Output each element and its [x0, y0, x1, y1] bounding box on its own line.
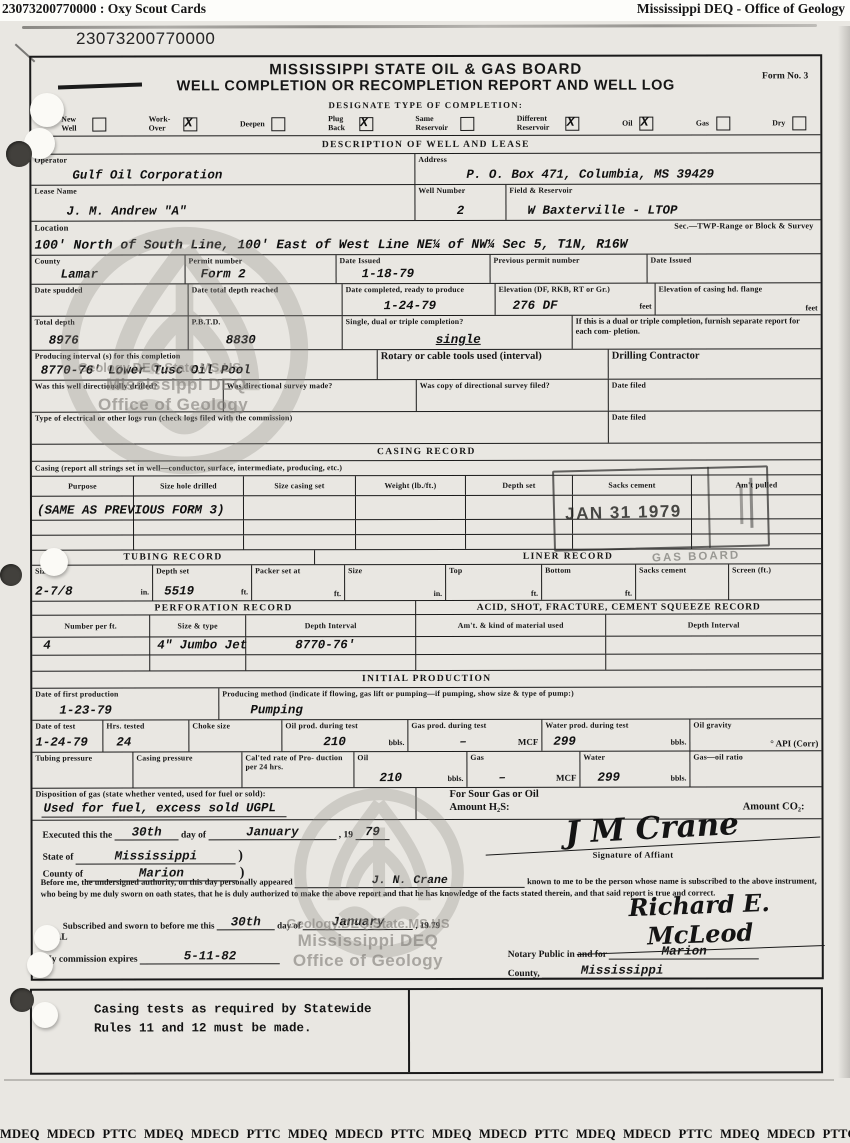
- survey-filed-field: Was copy of directional survey filed?: [417, 380, 609, 411]
- well-number-label: Well Number: [418, 186, 502, 195]
- checkbox-box: X: [566, 117, 580, 131]
- checkbox-dry: Dry: [772, 116, 806, 130]
- form-title-block: MISSISSIPPI STATE OIL & GAS BOARD WELL C…: [31, 56, 820, 100]
- previous-date-issued-label: Date Issued: [651, 255, 818, 265]
- tubing-size-unit: in.: [141, 587, 149, 596]
- well-number-field: Well Number 2: [415, 185, 506, 220]
- operator-field: Operator Gulf Oil Corporation: [31, 154, 415, 185]
- logs-run-field: Type of electrical or other logs run (ch…: [32, 412, 609, 444]
- elevation-value: 276 DF: [513, 300, 558, 313]
- executed-prefix: Executed this the: [43, 831, 113, 841]
- day-of-label: day of: [181, 831, 206, 841]
- producing-interval-row: Producing interval (s) for this completi…: [32, 349, 821, 380]
- perf-acid-heading-row: PERFORATION RECORD ACID, SHOT, FRACTURE,…: [32, 600, 821, 615]
- board-title: MISSISSIPPI STATE OIL & GAS BOARD: [31, 60, 820, 78]
- date-completed-label: Date completed, ready to produce: [346, 285, 492, 295]
- casing-note-text: Casing (report all strings set in well—c…: [35, 462, 818, 473]
- checkbox-label: Gas: [696, 119, 709, 128]
- liner-top-unit: ft.: [531, 589, 538, 598]
- survey-filed-label: Was copy of directional survey filed?: [420, 381, 605, 391]
- oil-gravity-field: Oil gravity ° API (Corr): [690, 719, 821, 750]
- checkbox-box: [792, 116, 806, 130]
- checkbox-box: X: [184, 117, 198, 131]
- oil-test-field: Oil prod. during test 210bbls.: [282, 720, 408, 751]
- rotary-tools-label: Rotary or cable tools used (interval): [381, 351, 605, 363]
- api-number: 23073200770000: [76, 29, 215, 49]
- producing-interval-value: 8770-76' Lower Tusc Oil Pool: [41, 364, 374, 378]
- subscribed-day: 30th: [217, 916, 275, 930]
- date-issued-value: 1-18-79: [362, 268, 487, 281]
- commission-date: 5-11-82: [140, 950, 280, 964]
- checkbox-label: Deepen: [240, 120, 265, 129]
- elevation-flange-unit: feet: [806, 303, 818, 312]
- check-mark: X: [360, 115, 368, 130]
- permit-number-value: Form 2: [201, 268, 333, 281]
- pbtd-field: P.B.T.D. 8830: [189, 316, 343, 349]
- address-label: Address: [418, 154, 817, 164]
- tubing-depth-set-unit: ft.: [241, 587, 248, 596]
- oil-test-label: Oil prod. during test: [285, 721, 404, 731]
- disposition-field: Disposition of gas (state whether vented…: [32, 788, 416, 820]
- water-test-label: Water prod. during test: [545, 721, 686, 731]
- previous-date-issued-field: Date Issued: [648, 254, 821, 282]
- casing-data-row-2: [32, 519, 821, 535]
- tubing-liner-fields-row: Size 2-7/8in. Depth set 5519ft. Packer s…: [32, 564, 821, 601]
- checkbox-label: Same Reservoir: [415, 115, 453, 132]
- executed-month: January: [208, 826, 336, 840]
- subscribed-line: Subscribed and sworn to before me this 3…: [63, 916, 440, 931]
- notary-for-label: Notary Public in and for: [508, 950, 607, 960]
- date-completed-value: 1-24-79: [384, 300, 492, 313]
- producing-interval-field: Producing interval (s) for this completi…: [32, 350, 378, 380]
- depth-row: Total depth 8976 P.B.T.D. 8830 Single, d…: [32, 315, 821, 350]
- directionally-drilled-field: Was this well directionally drilled?: [32, 380, 224, 411]
- year-prefix: , 19: [339, 830, 353, 840]
- appeared-name: J. N. Crane: [295, 875, 525, 888]
- dates-elevation-row: Date spudded Date total depth reached Da…: [32, 283, 821, 316]
- executed-line: Executed this the 30th day of January , …: [43, 826, 390, 841]
- casing-data-row-1: (SAME AS PREVIOUS FORM 3): [32, 495, 821, 520]
- hrs-tested-value: 24: [116, 736, 185, 749]
- date-first-production-field: Date of first production 1-23-79: [32, 688, 219, 719]
- logs-run-row: Type of electrical or other logs run (ch…: [32, 411, 821, 444]
- packer-set-label: Packer set at: [255, 566, 341, 575]
- hrs-tested-field: Hrs. tested 24: [103, 720, 189, 751]
- address-value: P. O. Box 471, Columbia, MS 39429: [466, 168, 817, 182]
- card-right-shadow: [838, 26, 850, 1078]
- producing-method-field: Producing method (indicate if flowing, g…: [219, 687, 821, 719]
- rate-24-field: Cal'ted rate of Pro- duction per 24 hrs.: [242, 752, 354, 787]
- casing-pressure-label: Casing pressure: [136, 753, 238, 763]
- elevation-unit: feet: [639, 301, 651, 310]
- oil-gravity-unit: ° API (Corr): [770, 738, 818, 748]
- oil-test-value: 210: [323, 736, 346, 749]
- previous-permit-label: Previous permit number: [494, 256, 644, 266]
- checkbox-different-reservoir: Different Reservoir X: [517, 115, 580, 132]
- checkbox-label: Different Reservoir: [517, 115, 559, 132]
- checkbox-plug-back: Plug Back X: [328, 116, 373, 133]
- casing-col-size-hole: Size hole drilled: [137, 481, 240, 491]
- survey-made-label: Was directional survey made?: [227, 381, 413, 391]
- paren: ): [238, 848, 243, 863]
- operator-label: Operator: [34, 155, 411, 165]
- water-24-field: Water 299bbls.: [580, 752, 690, 787]
- liner-screen-field: Screen (ft.): [729, 564, 821, 599]
- hole-punch: [30, 93, 64, 127]
- signature-of-affiant-label: Signature of Affiant: [593, 850, 674, 860]
- oil-gravity-label: Oil gravity: [693, 720, 818, 730]
- commission-label: My commission expires: [43, 955, 138, 965]
- first-production-row: Date of first production 1-23-79 Produci…: [32, 687, 821, 720]
- test-row: Date of test 1-24-79 Hrs. tested 24 Chok…: [32, 719, 821, 752]
- remarks-left-cell: Casing tests as required by Statewide Ru…: [32, 990, 410, 1073]
- survey-made-field: Was directional survey made?: [224, 380, 417, 411]
- oil-24-value: 210: [379, 772, 402, 785]
- checkbox-box: [272, 117, 286, 131]
- location-value: 100' North of South Line, 100' East of W…: [35, 238, 818, 253]
- form-number: Form No. 3: [762, 71, 808, 81]
- subscribed-month: January: [303, 916, 413, 930]
- hole-punch: [32, 1002, 58, 1028]
- casing-col-weight: Weight (lb./ft.): [359, 481, 462, 491]
- operator-value: Gulf Oil Corporation: [72, 169, 411, 183]
- completion-question-value: single: [436, 334, 569, 347]
- tubing-depth-set-field: Depth set 5519ft.: [153, 565, 252, 600]
- perf-blank-row: [32, 654, 821, 671]
- elevation-field: Elevation (DF, RKB, RT or Gr.) 276 DF fe…: [496, 284, 656, 315]
- casing-row1-value: (SAME AS PREVIOUS FORM 3): [37, 504, 130, 517]
- date-total-depth-field: Date total depth reached: [189, 284, 343, 315]
- liner-screen-label: Screen (ft.): [732, 565, 818, 574]
- date-filed-survey-field: Date filed: [609, 379, 821, 410]
- year-prefix: , 19: [415, 920, 429, 930]
- pbtd-label: P.B.T.D.: [192, 317, 339, 327]
- date-filed-label: Date filed: [612, 412, 818, 422]
- elevation-flange-field: Elevation of casing hd. flange feet: [656, 283, 821, 314]
- total-depth-field: Total depth 8976: [32, 316, 189, 349]
- drilling-contractor-label: Drilling Contractor: [612, 350, 818, 362]
- completion-question-field: Single, dual or triple completion? singl…: [343, 316, 573, 349]
- directional-row: Was this well directionally drilled? Was…: [32, 379, 821, 412]
- checkbox-label: Work- Over: [149, 116, 177, 133]
- viewer-header: 23073200770000 : Oxy Scout Cards Mississ…: [0, 0, 850, 21]
- completion-question-label: Single, dual or triple completion?: [346, 317, 569, 327]
- permit-number-label: Permit number: [189, 256, 333, 266]
- notary-county-label: County,: [508, 969, 540, 979]
- perf-col-depth-interval: Depth Interval: [249, 621, 412, 631]
- casing-col-depth-set: Depth set: [469, 481, 569, 491]
- perf-depth-value: 8770-76': [295, 639, 412, 652]
- elevation-flange-label: Elevation of casing hd. flange: [659, 284, 818, 294]
- date-issued-field: Date Issued 1-18-79: [337, 255, 491, 283]
- tubing-size2-label: Size: [348, 566, 442, 576]
- form-title: WELL COMPLETION OR RECOMPLETION REPORT A…: [31, 77, 820, 94]
- liner-sacks-label: Sacks cement: [639, 565, 725, 574]
- oil-24-label: Oil: [357, 753, 463, 763]
- card-bottom-edge: [4, 1079, 834, 1081]
- checkbox-same-reservoir: Same Reservoir: [415, 115, 474, 132]
- gas-test-unit: MCF: [518, 737, 539, 747]
- checkbox-label: New Well: [61, 116, 85, 133]
- day-of-label: day of: [277, 920, 301, 930]
- producing-method-value: Pumping: [250, 703, 818, 717]
- disposition-label: Disposition of gas (state whether vented…: [35, 789, 412, 800]
- date-filed-label: Date filed: [612, 380, 818, 390]
- perf-col-number: Number per ft.: [35, 621, 146, 631]
- checkbox-new-well: New Well: [61, 116, 106, 133]
- casing-col-purpose: Purpose: [35, 481, 130, 491]
- packer-set-field: Packer set at ft.: [252, 565, 345, 600]
- hole-punch: [27, 952, 53, 978]
- checkbox-gas: Gas: [696, 116, 730, 130]
- check-mark: X: [567, 115, 575, 130]
- scanned-document-page: 23073200770000 : Oxy Scout Cards Mississ…: [0, 0, 850, 1143]
- checkbox-deepen: Deepen: [240, 117, 286, 131]
- perforation-record-heading: PERFORATION RECORD: [32, 601, 416, 615]
- date-of-test-field: Date of test 1-24-79: [32, 721, 103, 752]
- water-test-value: 299: [553, 736, 576, 749]
- gas-test-field: Gas prod. during test –MCF: [408, 720, 542, 751]
- subscribed-prefix: Subscribed and sworn to before me this: [63, 920, 215, 930]
- logs-run-label: Type of electrical or other logs run (ch…: [35, 413, 605, 423]
- date-issued-label: Date Issued: [340, 256, 487, 266]
- perf-number-value: 4: [43, 639, 146, 652]
- total-depth-value: 8976: [49, 334, 185, 347]
- checkbox-label: Plug Back: [328, 116, 352, 133]
- checkbox-box: [92, 118, 106, 132]
- notary-intro: Before me, the undersigned authority, on…: [41, 878, 293, 887]
- commission-line: My commission expires 5-11-82: [43, 950, 280, 965]
- liner-bottom-unit: ft.: [625, 589, 632, 598]
- remarks-box: Casing tests as required by Statewide Ru…: [30, 987, 823, 1074]
- gas-24-value: –: [498, 772, 506, 785]
- well-number-value: 2: [418, 205, 502, 218]
- gas-24-label: Gas: [470, 753, 576, 763]
- tubing-depth-set-label: Depth set: [156, 566, 248, 576]
- location-field: Location Sec.—TWP-Range or Block & Surve…: [31, 220, 820, 254]
- initial-production-heading: INITIAL PRODUCTION: [32, 670, 821, 688]
- state-line: State of Mississippi ): [43, 848, 243, 864]
- viewer-header-left: 23073200770000 : Oxy Scout Cards: [2, 1, 206, 21]
- perf-col-size-type: Size & type: [153, 621, 242, 630]
- oil-24-unit: bbls.: [448, 774, 464, 783]
- checkbox-label: Dry: [772, 119, 785, 128]
- date-total-depth-label: Date total depth reached: [192, 285, 339, 295]
- choke-size-field: Choke size: [189, 720, 282, 751]
- tubing-record-heading: TUBING RECORD: [32, 550, 315, 564]
- drilling-contractor-field: Drilling Contractor: [609, 349, 821, 378]
- checkbox-label: Oil: [622, 119, 632, 128]
- casing-note: Casing (report all strings set in well—c…: [32, 460, 821, 475]
- liner-top-field: Top ft.: [446, 565, 542, 600]
- date-spudded-label: Date spudded: [35, 285, 185, 295]
- county-field: County Lamar: [32, 255, 186, 283]
- viewer-header-right: Mississippi DEQ - Office of Geology: [637, 1, 845, 21]
- date-first-production-label: Date of first production: [35, 689, 215, 699]
- checkbox-box: X: [359, 117, 373, 131]
- completion-type-row: New Well Work- Over X Deepen Plug Back X…: [31, 112, 820, 136]
- tubing-pressure-label: Tubing pressure: [35, 754, 129, 764]
- checkbox-box: [460, 117, 474, 131]
- producing-method-label: Producing method (indicate if flowing, g…: [222, 688, 818, 698]
- date-spudded-field: Date spudded: [32, 284, 189, 315]
- notary-state-line: County, Mississippi: [508, 965, 702, 979]
- date-of-test-label: Date of test: [35, 722, 99, 731]
- hole-punch: [40, 548, 68, 576]
- county-label: County: [35, 256, 182, 266]
- sour-gas-title: For Sour Gas or Oil: [449, 788, 818, 801]
- dual-note-text: If this is a dual or triple completion, …: [576, 316, 818, 337]
- sec-twp-range-label: Sec.—TWP-Range or Block & Survey: [674, 221, 813, 232]
- hole-punch: [34, 925, 60, 951]
- pbtd-value: 8830: [226, 334, 339, 347]
- elevation-label: Elevation (DF, RKB, RT or Gr.): [499, 285, 652, 295]
- notary-county-value: Marion: [609, 945, 759, 959]
- operator-address-row: Operator Gulf Oil Corporation Address P.…: [31, 153, 820, 185]
- casing-record-heading: CASING RECORD: [32, 443, 821, 461]
- state-value: Mississippi: [76, 850, 236, 864]
- date-of-test-value: 1-24-79: [35, 736, 99, 749]
- date-filed-logs-field: Date filed: [609, 411, 821, 442]
- notary-state-value: Mississippi: [542, 965, 702, 979]
- tubing-size-value: 2-7/8: [35, 585, 73, 598]
- perf-data-row: 4 4" Jumbo Jet 8770-76': [32, 636, 821, 655]
- hole-punch-dark: [6, 141, 32, 167]
- lease-name-field: Lease Name J. M. Andrew "A": [31, 185, 415, 221]
- perf-acid-header-row: Number per ft. Size & type Depth Interva…: [32, 614, 821, 637]
- field-reservoir-value: W Baxterville - LTOP: [527, 204, 817, 218]
- producing-interval-label: Producing interval (s) for this completi…: [35, 351, 374, 361]
- gas-oil-ratio-label: Gas—oil ratio: [693, 752, 818, 762]
- checkbox-box: [716, 116, 730, 130]
- rate-row: Tubing pressure Casing pressure Cal'ted …: [32, 751, 821, 788]
- directionally-drilled-label: Was this well directionally drilled?: [35, 381, 220, 391]
- casing-col-size-casing: Size casing set: [247, 481, 352, 491]
- county-permit-row: County Lamar Permit number Form 2 Date I…: [32, 254, 821, 284]
- tubing-size2-field: Size in.: [345, 565, 446, 600]
- hole-punch-dark: [0, 564, 22, 586]
- checkbox-oil: Oil X: [622, 117, 653, 131]
- acid-record-heading: ACID, SHOT, FRACTURE, CEMENT SQUEEZE REC…: [416, 600, 821, 614]
- rotary-tools-field: Rotary or cable tools used (interval): [378, 350, 609, 379]
- water-24-value: 299: [597, 772, 620, 785]
- gas-oil-ratio-field: Gas—oil ratio: [690, 751, 821, 786]
- water-test-unit: bbls.: [671, 737, 687, 746]
- water-test-field: Water prod. during test 299bbls.: [542, 720, 690, 751]
- notary-for-line: Notary Public in and for Marion: [508, 945, 759, 960]
- gas-test-label: Gas prod. during test: [411, 721, 538, 731]
- rate-24-label: Cal'ted rate of Pro- duction per 24 hrs.: [245, 753, 350, 772]
- oil-test-unit: bbls.: [389, 738, 405, 747]
- tubing-size2-unit: in.: [434, 589, 442, 598]
- gas-test-value: –: [459, 736, 467, 749]
- liner-top-label: Top: [449, 566, 538, 575]
- county-value: Lamar: [61, 268, 182, 281]
- executed-year: 79: [355, 826, 389, 840]
- well-completion-form: MISSISSIPPI STATE OIL & GAS BOARD WELL C…: [29, 54, 824, 980]
- field-reservoir-label: Field & Reservoir: [509, 185, 817, 195]
- perf-size-type-value: 4" Jumbo Jet: [157, 639, 242, 652]
- water-24-unit: bbls.: [671, 773, 687, 782]
- liner-record-heading: LINER RECORD: [315, 549, 821, 564]
- location-row: Location Sec.—TWP-Range or Block & Surve…: [31, 220, 820, 255]
- casing-col-sacks: Sacks cement: [576, 480, 688, 490]
- lease-name-label: Lease Name: [34, 186, 411, 196]
- dual-completion-note: If this is a dual or triple completion, …: [573, 315, 821, 348]
- hole-punch-dark: [10, 988, 34, 1012]
- casing-data-row-3: [32, 534, 821, 550]
- checkbox-work-over: Work- Over X: [149, 116, 198, 133]
- water-24-label: Water: [583, 753, 686, 763]
- remarks-right-cell: [410, 989, 821, 1072]
- check-mark: X: [185, 115, 193, 130]
- gas-24-field: Gas –MCF: [467, 752, 580, 787]
- check-mark: X: [641, 115, 649, 130]
- tubing-pressure-field: Tubing pressure: [32, 753, 133, 788]
- liner-bottom-field: Bottom ft.: [542, 565, 636, 600]
- oil-24-field: Oil 210bbls.: [354, 752, 467, 787]
- remarks-text: Casing tests as required by Statewide Ru…: [94, 1000, 400, 1039]
- date-completed-field: Date completed, ready to produce 1-24-79: [343, 284, 496, 315]
- executed-day: 30th: [115, 826, 179, 840]
- footer-banner: MDEQ MDECD PTTC MDEQ MDECD PTTC MDEQ MDE…: [0, 1127, 850, 1142]
- tubing-liner-heading-row: TUBING RECORD LINER RECORD: [32, 549, 821, 565]
- lease-well-field-row: Lease Name J. M. Andrew "A" Well Number …: [31, 184, 820, 221]
- description-section-heading: DESCRIPTION OF WELL AND LEASE: [31, 135, 820, 154]
- state-label: State of: [43, 853, 74, 863]
- acid-col-material: Am't. & kind of material used: [419, 621, 602, 631]
- packer-set-unit: ft.: [334, 589, 341, 598]
- liner-bottom-label: Bottom: [545, 566, 632, 575]
- casing-note-row: Casing (report all strings set in well—c…: [32, 460, 821, 476]
- disposition-value: Used for fuel, excess sold UGPL: [41, 802, 286, 818]
- address-field: Address P. O. Box 471, Columbia, MS 3942…: [415, 153, 820, 184]
- permit-number-field: Permit number Form 2: [186, 255, 337, 283]
- casing-col-pulled: Am't pulled: [695, 480, 818, 490]
- field-reservoir-field: Field & Reservoir W Baxterville - LTOP: [506, 184, 820, 220]
- choke-size-label: Choke size: [192, 721, 278, 730]
- acid-col-depth-interval: Depth Interval: [609, 620, 818, 630]
- h2s-label: Amount H₂S:: [449, 802, 509, 814]
- casing-header-row: Purpose Size hole drilled Size casing se…: [32, 475, 821, 496]
- previous-permit-field: Previous permit number: [491, 255, 648, 283]
- location-label: Location: [34, 223, 68, 233]
- execution-section: Executed this the 30th day of January , …: [33, 819, 822, 978]
- subscribed-year: 79: [431, 920, 440, 930]
- total-depth-label: Total depth: [35, 317, 185, 327]
- casing-row1-value-cell: (SAME AS PREVIOUS FORM 3): [32, 497, 134, 520]
- checkbox-box: X: [640, 117, 654, 131]
- gas-24-unit: MCF: [556, 773, 577, 783]
- hrs-tested-label: Hrs. tested: [106, 721, 185, 730]
- tubing-depth-set-value: 5519: [164, 585, 194, 598]
- lease-name-value: J. M. Andrew "A": [66, 205, 411, 219]
- liner-sacks-field: Sacks cement: [636, 564, 729, 599]
- date-first-production-value: 1-23-79: [59, 704, 215, 717]
- casing-pressure-field: Casing pressure: [133, 752, 242, 787]
